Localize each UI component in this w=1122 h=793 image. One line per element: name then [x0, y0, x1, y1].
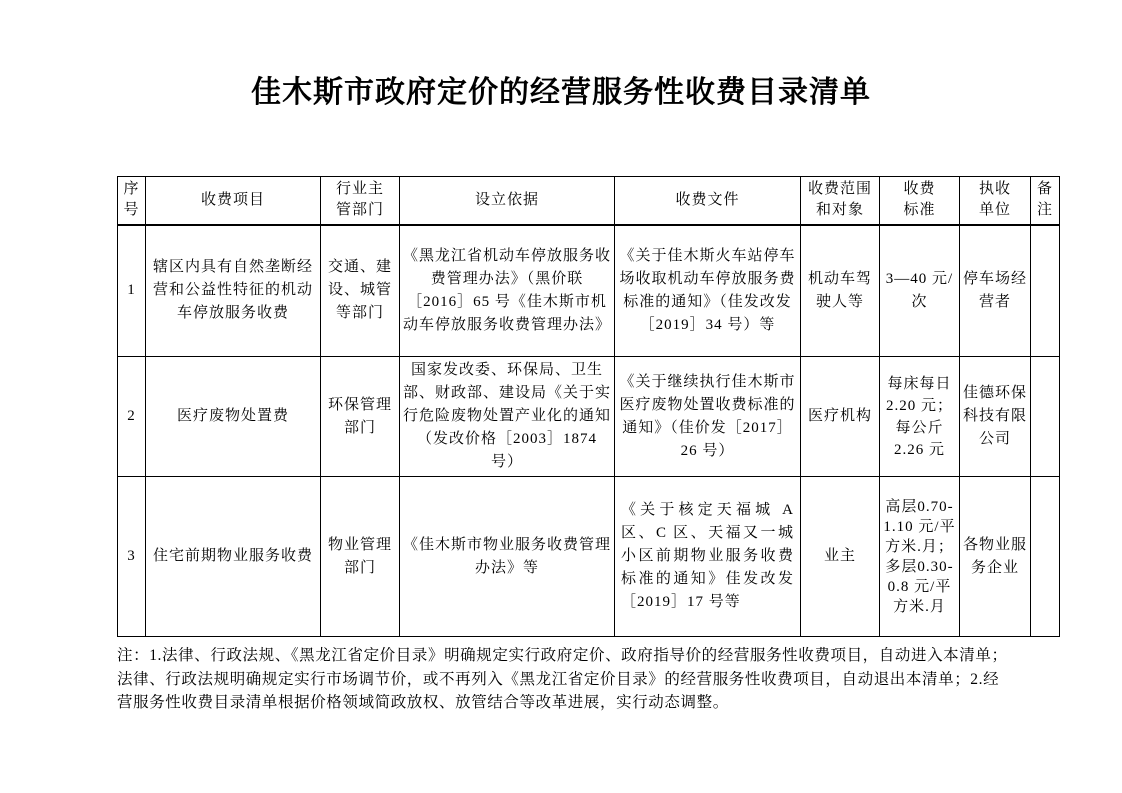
cell-collecting-unit: 停车场经营者 [960, 225, 1031, 357]
footnote-line: 法律、行政法规明确规定实行市场调节价，或不再列入《黑龙江省定价目录》的经营服务性… [117, 668, 1062, 692]
table-row: 3 住宅前期物业服务收费 物业管理部门 《佳木斯市物业服务收费管理办法》等 《关… [118, 477, 1060, 637]
column-header-standard: 收费 标准 [880, 177, 960, 225]
cell-remarks [1031, 225, 1060, 357]
cell-fee-document: 《关于佳木斯火车站停车场收取机动车停放服务费标准的通知》（佳发改发［2019］3… [615, 225, 801, 357]
cell-basis: 国家发改委、环保局、卫生部、财政部、建设局《关于实行危险废物处置产业化的通知（发… [400, 357, 615, 477]
column-header-basis: 设立依据 [400, 177, 615, 225]
cell-scope: 业主 [801, 477, 880, 637]
column-header-remarks: 备 注 [1031, 177, 1060, 225]
cell-industry-dept: 交通、建设、城管等部门 [321, 225, 400, 357]
page-title: 佳木斯市政府定价的经营服务性收费目录清单 [0, 0, 1122, 112]
cell-fee-item: 辖区内具有自然垄断经营和公益性特征的机动车停放服务收费 [146, 225, 321, 357]
cell-fee-document: 《关于核定天福城 A 区、C 区、天福又一城小区前期物业服务收费标准的通知》佳发… [615, 477, 801, 637]
cell-seq: 3 [118, 477, 146, 637]
cell-fee-item: 医疗废物处置费 [146, 357, 321, 477]
cell-industry-dept: 环保管理部门 [321, 357, 400, 477]
cell-standard: 高层0.70-1.10 元/平方米.月；多层0.30-0.8 元/平方米.月 [880, 477, 960, 637]
column-header-scope: 收费范围 和对象 [801, 177, 880, 225]
cell-standard: 每床每日2.20 元；每公斤2.26 元 [880, 357, 960, 477]
footnote-line: 注：1.法律、行政法规、《黑龙江省定价目录》明确规定实行政府定价、政府指导价的经… [117, 644, 1062, 668]
cell-scope: 机动车驾驶人等 [801, 225, 880, 357]
column-header-fee-document: 收费文件 [615, 177, 801, 225]
header-row: 序 号 收费项目 行业主 管部门 设立依据 收费文件 收费范围 和对象 收费 标… [118, 177, 1060, 225]
column-header-collecting-unit: 执收 单位 [960, 177, 1031, 225]
cell-collecting-unit: 各物业服务企业 [960, 477, 1031, 637]
table-row: 2 医疗废物处置费 环保管理部门 国家发改委、环保局、卫生部、财政部、建设局《关… [118, 357, 1060, 477]
fee-catalog-table: 序 号 收费项目 行业主 管部门 设立依据 收费文件 收费范围 和对象 收费 标… [117, 176, 1060, 637]
cell-collecting-unit: 佳德环保科技有限公司 [960, 357, 1031, 477]
document-page: 佳木斯市政府定价的经营服务性收费目录清单 序 号 收费项目 行业主 管部门 设立… [0, 0, 1122, 793]
cell-industry-dept: 物业管理部门 [321, 477, 400, 637]
cell-remarks [1031, 477, 1060, 637]
cell-seq: 2 [118, 357, 146, 477]
footnote-line: 营服务性收费目录清单根据价格领域简政放权、放管结合等改革进展，实行动态调整。 [117, 691, 1062, 715]
footnote: 注：1.法律、行政法规、《黑龙江省定价目录》明确规定实行政府定价、政府指导价的经… [117, 644, 1062, 715]
column-header-industry-dept: 行业主 管部门 [321, 177, 400, 225]
column-header-seq: 序 号 [118, 177, 146, 225]
cell-seq: 1 [118, 225, 146, 357]
cell-scope: 医疗机构 [801, 357, 880, 477]
cell-basis: 《佳木斯市物业服务收费管理办法》等 [400, 477, 615, 637]
cell-fee-document: 《关于继续执行佳木斯市医疗废物处置收费标准的通知》（佳价发［2017］26 号） [615, 357, 801, 477]
cell-basis: 《黑龙江省机动车停放服务收费管理办法》（黑价联［2016］65 号《佳木斯市机动… [400, 225, 615, 357]
table-row: 1 辖区内具有自然垄断经营和公益性特征的机动车停放服务收费 交通、建设、城管等部… [118, 225, 1060, 357]
cell-standard: 3—40 元/次 [880, 225, 960, 357]
cell-fee-item: 住宅前期物业服务收费 [146, 477, 321, 637]
cell-remarks [1031, 357, 1060, 477]
column-header-fee-item: 收费项目 [146, 177, 321, 225]
